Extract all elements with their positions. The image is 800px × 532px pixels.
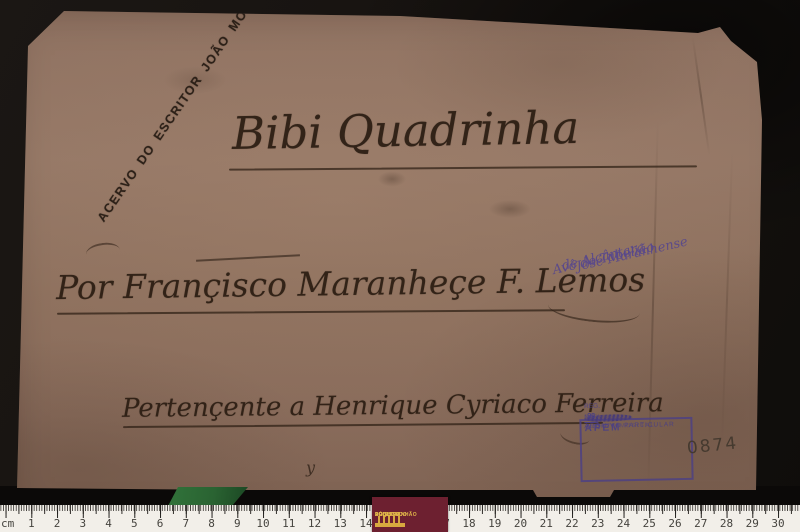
ruler-number: 5: [123, 517, 145, 530]
stain-smudge: [480, 196, 540, 222]
ruler-number: 20: [510, 517, 532, 530]
ruler-number: 19: [484, 517, 506, 530]
ruler-number: 9: [226, 517, 248, 530]
ruler-number: 18: [458, 517, 480, 530]
ruler-number: 4: [98, 517, 120, 530]
ruler-number: 22: [561, 517, 583, 530]
ruler-number: 21: [535, 517, 557, 530]
date-year: 88: [584, 411, 598, 423]
ruler-number: 10: [252, 517, 274, 530]
ruler-number: 6: [149, 517, 171, 530]
handwritten-title: Bibi Quadrinha: [232, 101, 580, 160]
ruler-number: 25: [638, 517, 660, 530]
archive-registry-stamp: APEM ARQUIVO PARTICULAR ACERVO MUSICAL R…: [579, 417, 693, 482]
envelope: ACERVO DO ESCRITOR JOÃO MOHANA Bibi Quad…: [0, 0, 800, 532]
ruler-number: 23: [587, 517, 609, 530]
ruler-number: 11: [278, 517, 300, 530]
ruler-number: 27: [690, 517, 712, 530]
ruler-number: 7: [175, 517, 197, 530]
logo-text-line: DO MARANHÃO: [375, 512, 417, 518]
ruler-number: 1: [20, 517, 42, 530]
ruler-number: 24: [613, 517, 635, 530]
stain-smudge: [372, 168, 412, 190]
ruler-number: 3: [72, 517, 94, 530]
ruler-number: 26: [664, 517, 686, 530]
ruler-number: 13: [329, 517, 351, 530]
ruler-number: 8: [201, 517, 223, 530]
archive-logo: ARQUIVO PÚBLICO DO ESTADO DO MARANHÃO: [372, 497, 448, 532]
archive-stamp-line: ACERVO MUSICAL: [584, 422, 655, 431]
building-base: [375, 523, 405, 527]
ruler-number: 2: [46, 517, 68, 530]
ruler-number: 28: [716, 517, 738, 530]
ruler-number: 29: [741, 517, 763, 530]
scanned-envelope-photo: ACERVO DO ESCRITOR JOÃO MOHANA Bibi Quad…: [0, 0, 800, 532]
ruler-number: 12: [304, 517, 326, 530]
ruler-number: 30: [767, 517, 789, 530]
small-pen-mark: y: [306, 458, 315, 477]
